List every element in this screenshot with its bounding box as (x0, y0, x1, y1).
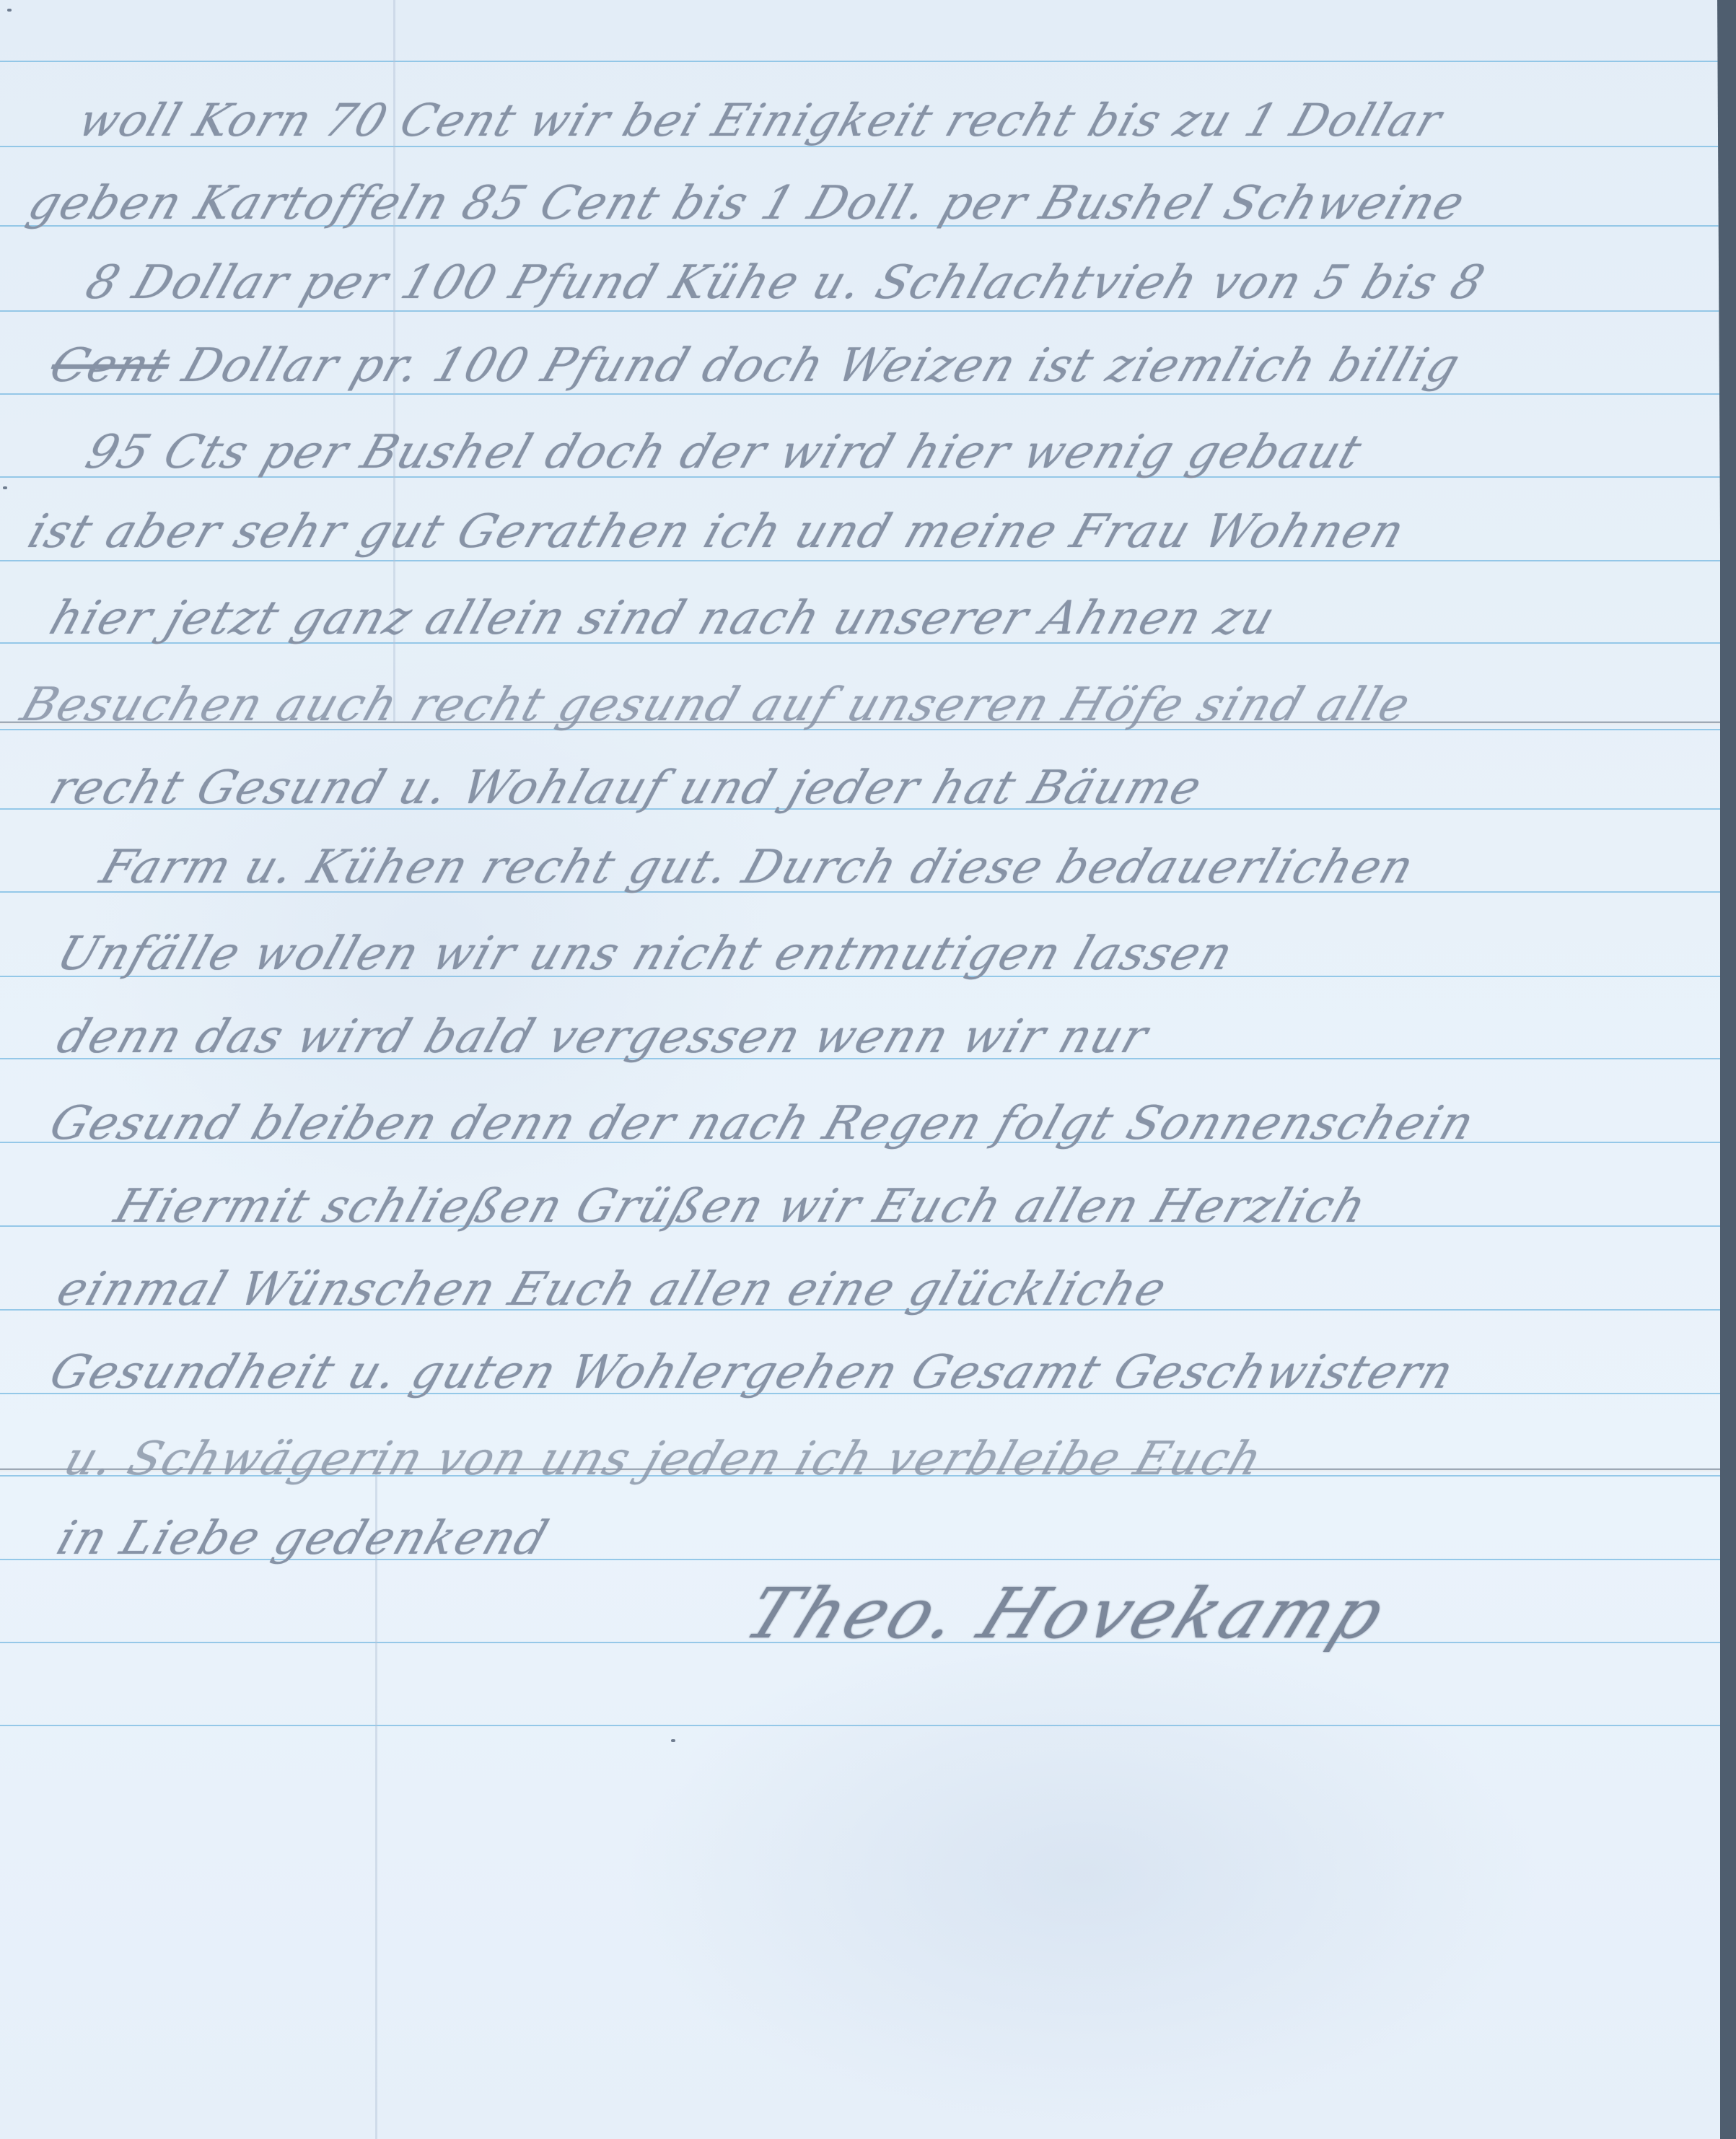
letter-line-7: hier jetzt ganz allein sind nach unserer… (43, 592, 1282, 645)
letter-line-6: ist aber sehr gut Gerathen ich und meine… (22, 505, 1412, 559)
letter-line-9: recht Gesund u. Wohlauf und jeder hat Bä… (43, 761, 1209, 815)
paper-speck (671, 1739, 675, 1742)
ruled-line (0, 560, 1720, 561)
signature: Theo. Hovekamp (734, 1573, 1399, 1654)
letter-line-8: Besuchen auch recht gesund auf unseren H… (14, 678, 1418, 732)
letter-line-11: Unfälle wollen wir uns nicht entmutigen … (51, 927, 1240, 981)
letter-line-4-text: Dollar pr. 100 Pfund doch Weizen ist zie… (176, 339, 1467, 393)
letter-line-18: in Liebe gedenkend (51, 1512, 556, 1565)
fold-vertical-lower (375, 1472, 377, 2139)
letter-line-15: einmal Wünschen Euch allen eine glücklic… (51, 1263, 1174, 1316)
paper-speck (3, 486, 7, 489)
letter-line-16: Gesundheit u. guten Wohlergehen Gesamt G… (43, 1346, 1461, 1399)
letter-line-17: u. Schwägerin von uns jeden ich verbleib… (58, 1432, 1270, 1486)
letter-line-5: 95 Cts per Bushel doch der wird hier wen… (79, 426, 1369, 479)
ruled-line (0, 393, 1720, 395)
letter-line-14: Hiermit schließen Grüßen wir Euch allen … (108, 1180, 1374, 1233)
letter-page: woll Korn 70 Cent wir bei Einigkeit rech… (0, 0, 1720, 2139)
letter-line-2: geben Kartoffeln 85 Cent bis 1 Doll. per… (22, 177, 1472, 230)
letter-line-12: denn das wird bald vergessen wenn wir nu… (51, 1010, 1155, 1064)
letter-line-13: Gesund bleiben denn der nach Regen folgt… (43, 1097, 1482, 1150)
letter-line-10: Farm u. Kühen recht gut. Durch diese bed… (94, 841, 1421, 894)
ruled-line (0, 1725, 1720, 1726)
letter-line-3: 8 Dollar per 100 Pfund Kühe u. Schlachtv… (79, 256, 1492, 310)
ruled-line (0, 61, 1720, 62)
letter-line-4: Cent Dollar pr. 100 Pfund doch Weizen is… (43, 339, 1468, 393)
struck-word: Cent (43, 339, 177, 393)
letter-line-1: woll Korn 70 Cent wir bei Einigkeit rech… (72, 94, 1450, 146)
paper-speck (7, 9, 12, 12)
ruled-line (0, 310, 1720, 312)
